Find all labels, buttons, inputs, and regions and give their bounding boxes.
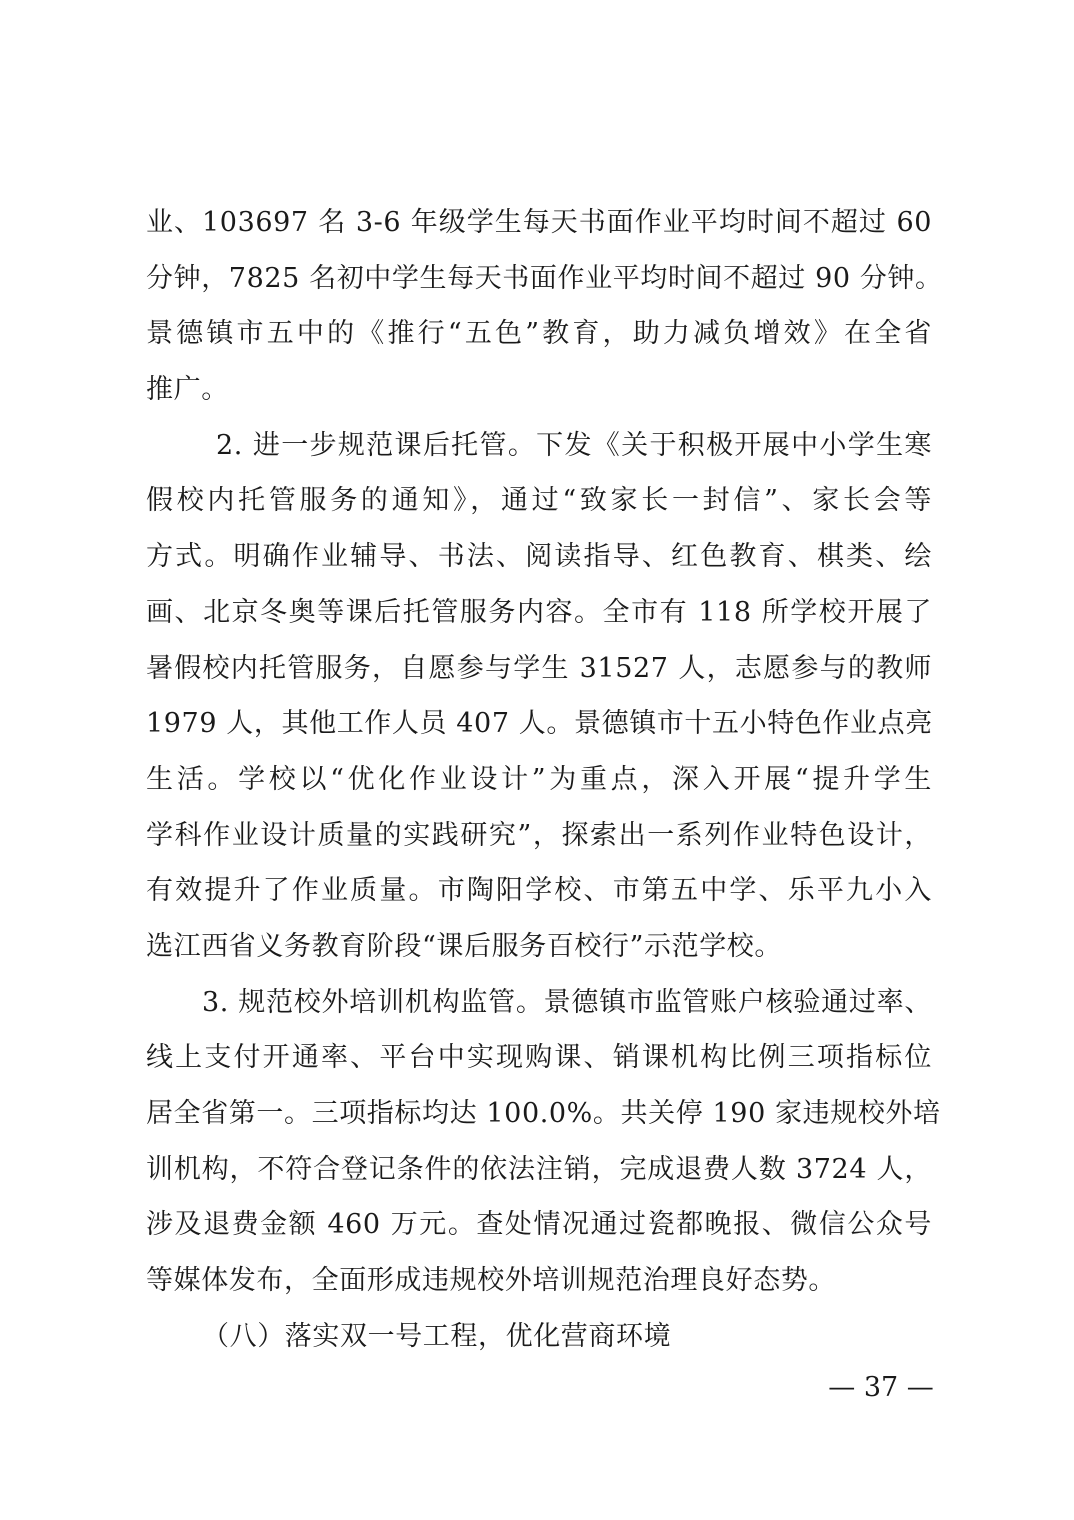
text-line: 线上支付开通率、平台中实现购课、销课机构比例三项指标位 xyxy=(146,1030,932,1086)
text-line: 学科作业设计质量的实践研究”，探索出一系列作业特色设计， xyxy=(146,808,932,864)
text-line: 画、北京冬奥等课后托管服务内容。全市有 118 所学校开展了 xyxy=(146,585,932,641)
section-heading: （八）落实双一号工程，优化营商环境 xyxy=(146,1309,932,1365)
paragraph-off-campus-training: 3. 规范校外培训机构监管。景德镇市监管账户核验通过率、 线上支付开通率、平台中… xyxy=(146,975,932,1309)
text-line: 假校内托管服务的通知》，通过“致家长一封信”、家长会等 xyxy=(146,473,932,529)
text-line: 方式。明确作业辅导、书法、阅读指导、红色教育、棋类、绘 xyxy=(146,529,932,585)
text-line: 等媒体发布，全面形成违规校外培训规范治理良好态势。 xyxy=(146,1253,932,1309)
text-line: 2. 进一步规范课后托管。下发《关于积极开展中小学生寒 xyxy=(146,418,932,474)
text-line: 推广。 xyxy=(146,362,932,418)
text-line: 景德镇市五中的《推行“五色”教育，助力减负增效》在全省 xyxy=(146,306,932,362)
text-line: 3. 规范校外培训机构监管。景德镇市监管账户核验通过率、 xyxy=(146,975,932,1031)
text-line: 居全省第一。三项指标均达 100.0%。共关停 190 家违规校外培 xyxy=(146,1086,932,1142)
text-line: 业、103697 名 3-6 年级学生每天书面作业平均时间不超过 60 xyxy=(146,195,932,251)
text-line: 训机构，不符合登记条件的依法注销，完成退费人数 3724 人， xyxy=(146,1142,932,1198)
page-number: — 37 — xyxy=(828,1370,934,1406)
text-line: 选江西省义务教育阶段“课后服务百校行”示范学校。 xyxy=(146,919,932,975)
text-line: 有效提升了作业质量。市陶阳学校、市第五中学、乐平九小入 xyxy=(146,863,932,919)
document-page: 业、103697 名 3-6 年级学生每天书面作业平均时间不超过 60 分钟，7… xyxy=(146,195,932,1364)
text-line: 暑假校内托管服务，自愿参与学生 31527 人，志愿参与的教师 xyxy=(146,641,932,697)
text-line: 涉及退费金额 460 万元。查处情况通过瓷都晚报、微信公众号 xyxy=(146,1197,932,1253)
paragraph-after-school-care: 2. 进一步规范课后托管。下发《关于积极开展中小学生寒 假校内托管服务的通知》，… xyxy=(146,418,932,975)
text-line: 分钟，7825 名初中学生每天书面作业平均时间不超过 90 分钟。 xyxy=(146,251,932,307)
paragraph-homework-continuation: 业、103697 名 3-6 年级学生每天书面作业平均时间不超过 60 分钟，7… xyxy=(146,195,932,418)
text-line: 生活。学校以“优化作业设计”为重点，深入开展“提升学生 xyxy=(146,752,932,808)
text-line: 1979 人，其他工作人员 407 人。景德镇市十五小特色作业点亮 xyxy=(146,696,932,752)
